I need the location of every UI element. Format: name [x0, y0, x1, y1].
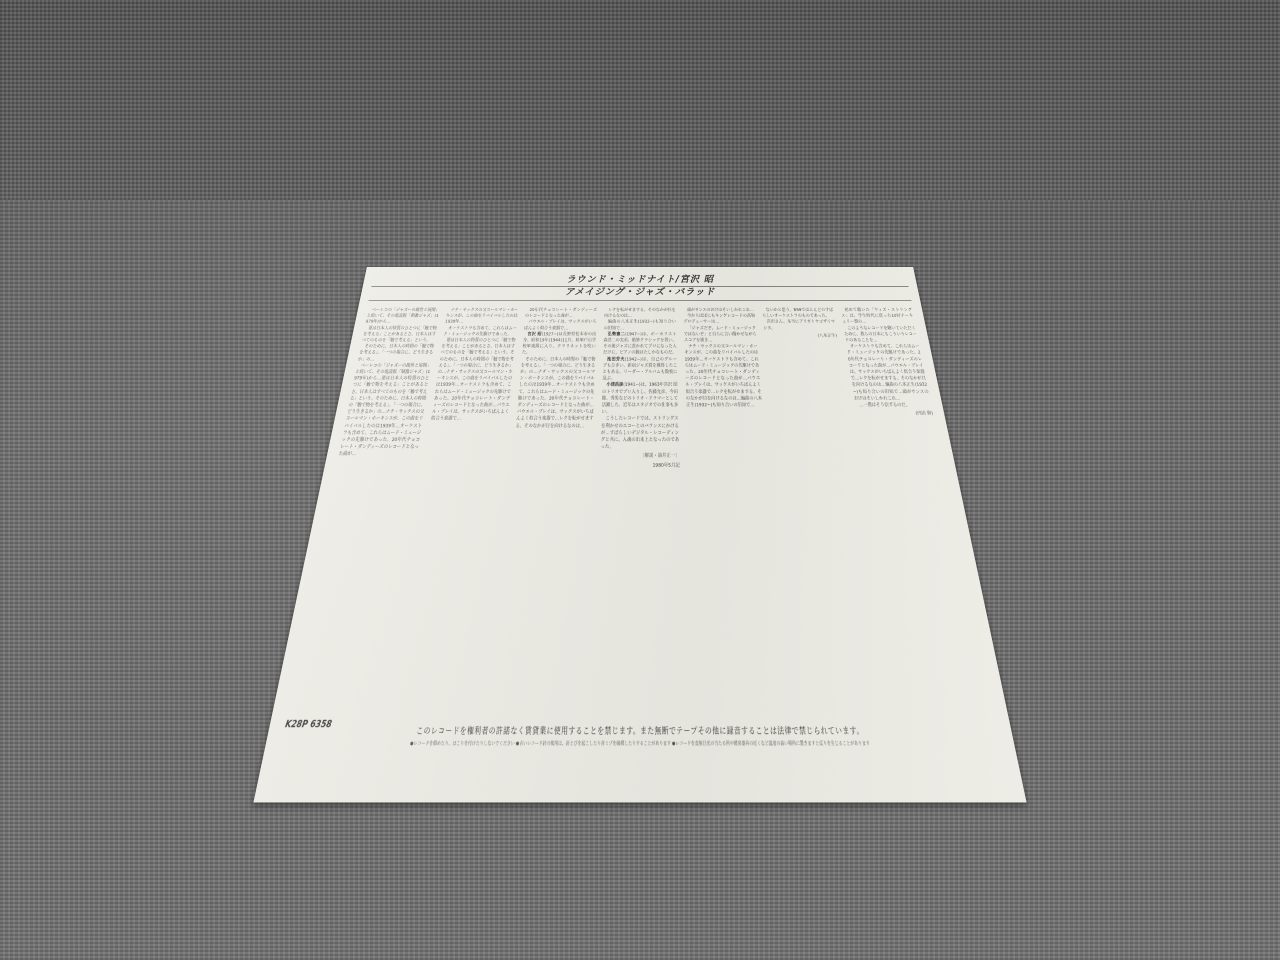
bio-kosei: 弘勢憲二(1947−)は、ボーカリスト森浩二の実弟。絶妙クラシックを習い、その後… [603, 331, 677, 356]
signature: (八木正生) [764, 333, 838, 339]
column-4: レクを転がせまする。そのなかが目を向けるなのは… 編曲の八木正生(1932−)も… [594, 307, 686, 697]
paragraph: 20年代チョコレート・ダンディーズのレコードとなった曲が… [525, 307, 597, 319]
bio-miyazawa: 宮沢 昭(1927−)は長野県松本市の出身。昭和19年(1944)11月、陸軍戸… [522, 331, 597, 356]
paragraph: ベーレコの「ジャズーの創世と展開」と続いて、その処設版「刺激ジャズ」(1979年… [365, 307, 440, 325]
care-notes: ●レコードを傷めたり、ほこりを付けたりしないでください ●古いレコード針の使用は… [265, 740, 1015, 748]
bio-name: 弘勢憲二 [608, 332, 625, 336]
paragraph: 今からほぼにもキングレコードの高和プロデューサーは… [683, 313, 756, 325]
title-rule-bottom [368, 300, 911, 301]
copyright-notice: このレコードを権利者の許諾なく賃貸業に使用することを禁じます。また無断でテープそ… [267, 725, 1013, 737]
filler-text: ナチ・サックスの父コールマン・ホーキンスが、この曲をリバイバルしたのは1939年… [684, 344, 763, 409]
signature: 〔解説・油井正一〕 [600, 453, 679, 460]
liner-notes-sheet: ラウンド・ミッドナイト/宮沢 昭 アメイジング・ジャズ・バラッド ベーレコの「ジ… [253, 267, 1026, 802]
filler-text: 要は日本人の特質のひとつに「触で物を考える」ことがあるとさ、日本人はすべてのもの… [430, 338, 515, 423]
scene: ラウンド・ミッドナイト/宮沢 昭 アメイジング・ジャズ・バラッド ベーレコの「ジ… [0, 0, 1280, 960]
bio-name: 小津昌彦 [606, 383, 623, 388]
title-rule-top [371, 286, 908, 287]
album-subtitle: アメイジング・ジャズ・バラッド [360, 286, 920, 299]
paragraph: そのために、日本人の時間の「触で物を考える」。「一つの場合に、どう生きるか」の… [357, 344, 434, 363]
filler-text: オーケストラも含めて、これらはムード・ミュージックの先駆けであった。20年代チョ… [846, 344, 931, 402]
bio-name: 宮沢 昭 [527, 332, 542, 336]
paragraph: 宮沢さん、本当にアリガトウゴザイマシタ。 [763, 319, 837, 331]
bio-name: 池田芳夫 [607, 357, 625, 362]
album-title-artist: ラウンド・ミッドナイト/宮沢 昭 [363, 274, 917, 286]
bio-ikeda: 池田芳夫(1942−)は、自己のグループもひきい、新宿ジャズ賞を獲得したこともあ… [602, 356, 677, 382]
filler-text: ベーレコの「ジャズーの創世と展開」と続いて、その処設版「刺激ジャズ」(1979年… [338, 363, 432, 459]
signature: (内田 修) [856, 411, 934, 418]
footer: このレコードを権利者の許諾なく賃貸業に使用することを禁じます。また無断でテープそ… [265, 725, 1015, 748]
paragraph: ナチ・サックスの父コールマン・ホーキンスが、この曲をリバイバルしたのは1939年… [445, 307, 519, 325]
paragraph: このようなレコードを聴いていただくために、我らの日本にもこういうレコードのあるこ… [843, 325, 919, 343]
date: 1980年5月記 [600, 462, 680, 469]
paragraph: こうしたレコードでは、ストリングスを利かせのエコーとのバランスにかけるが…すばら… [601, 416, 680, 451]
paragraph: 編曲の八木正生(1932−)も知り合いの旧知で… [604, 319, 677, 331]
paragraph: レクを転がせまする。そのなかが目を向けるなのは… [604, 307, 676, 319]
paragraph: オーケストラも含めて、これらはムード・ミュージックの先駆けであった。 [443, 325, 517, 337]
paragraph: パウエル・ブレイは、サックスがいちばんよく似合う楽器で… [524, 319, 597, 331]
paragraph: 要は日本人の特質のひとつに「触で物を考える」ことがあるとさ、日本人はすべてのもの… [361, 325, 437, 343]
paragraph: 初めて聴いた「ウィズ・ストリングス」は、学生時代に買った10吋ナーキュリー盤の… [840, 307, 915, 325]
bio-ozu: 小津昌彦(1941−)は、1963年宮沢 昭のトリオでプロ入りし、佐藤允彦、今田… [601, 382, 678, 416]
text-columns: ベーレコの「ジャズーの創世と展開」と続いて、その処設版「刺激ジャズ」(1979年… [289, 307, 991, 697]
paragraph: ないかと思う。B99でほとんどのすばらしいオーケストラのものであった。 [762, 307, 835, 319]
paragraph: 「ジャズだぞ、ムード・ミュージックではないぞ」と自らに言い聞かせながらスコアを描… [684, 325, 758, 343]
filler-text: そのために、日本人の時間の「触で物を考える」。「一つの場合に、どう生きるか」の…… [515, 356, 595, 429]
paragraph: …一僕はそう信ずるのだ。 [854, 402, 932, 409]
